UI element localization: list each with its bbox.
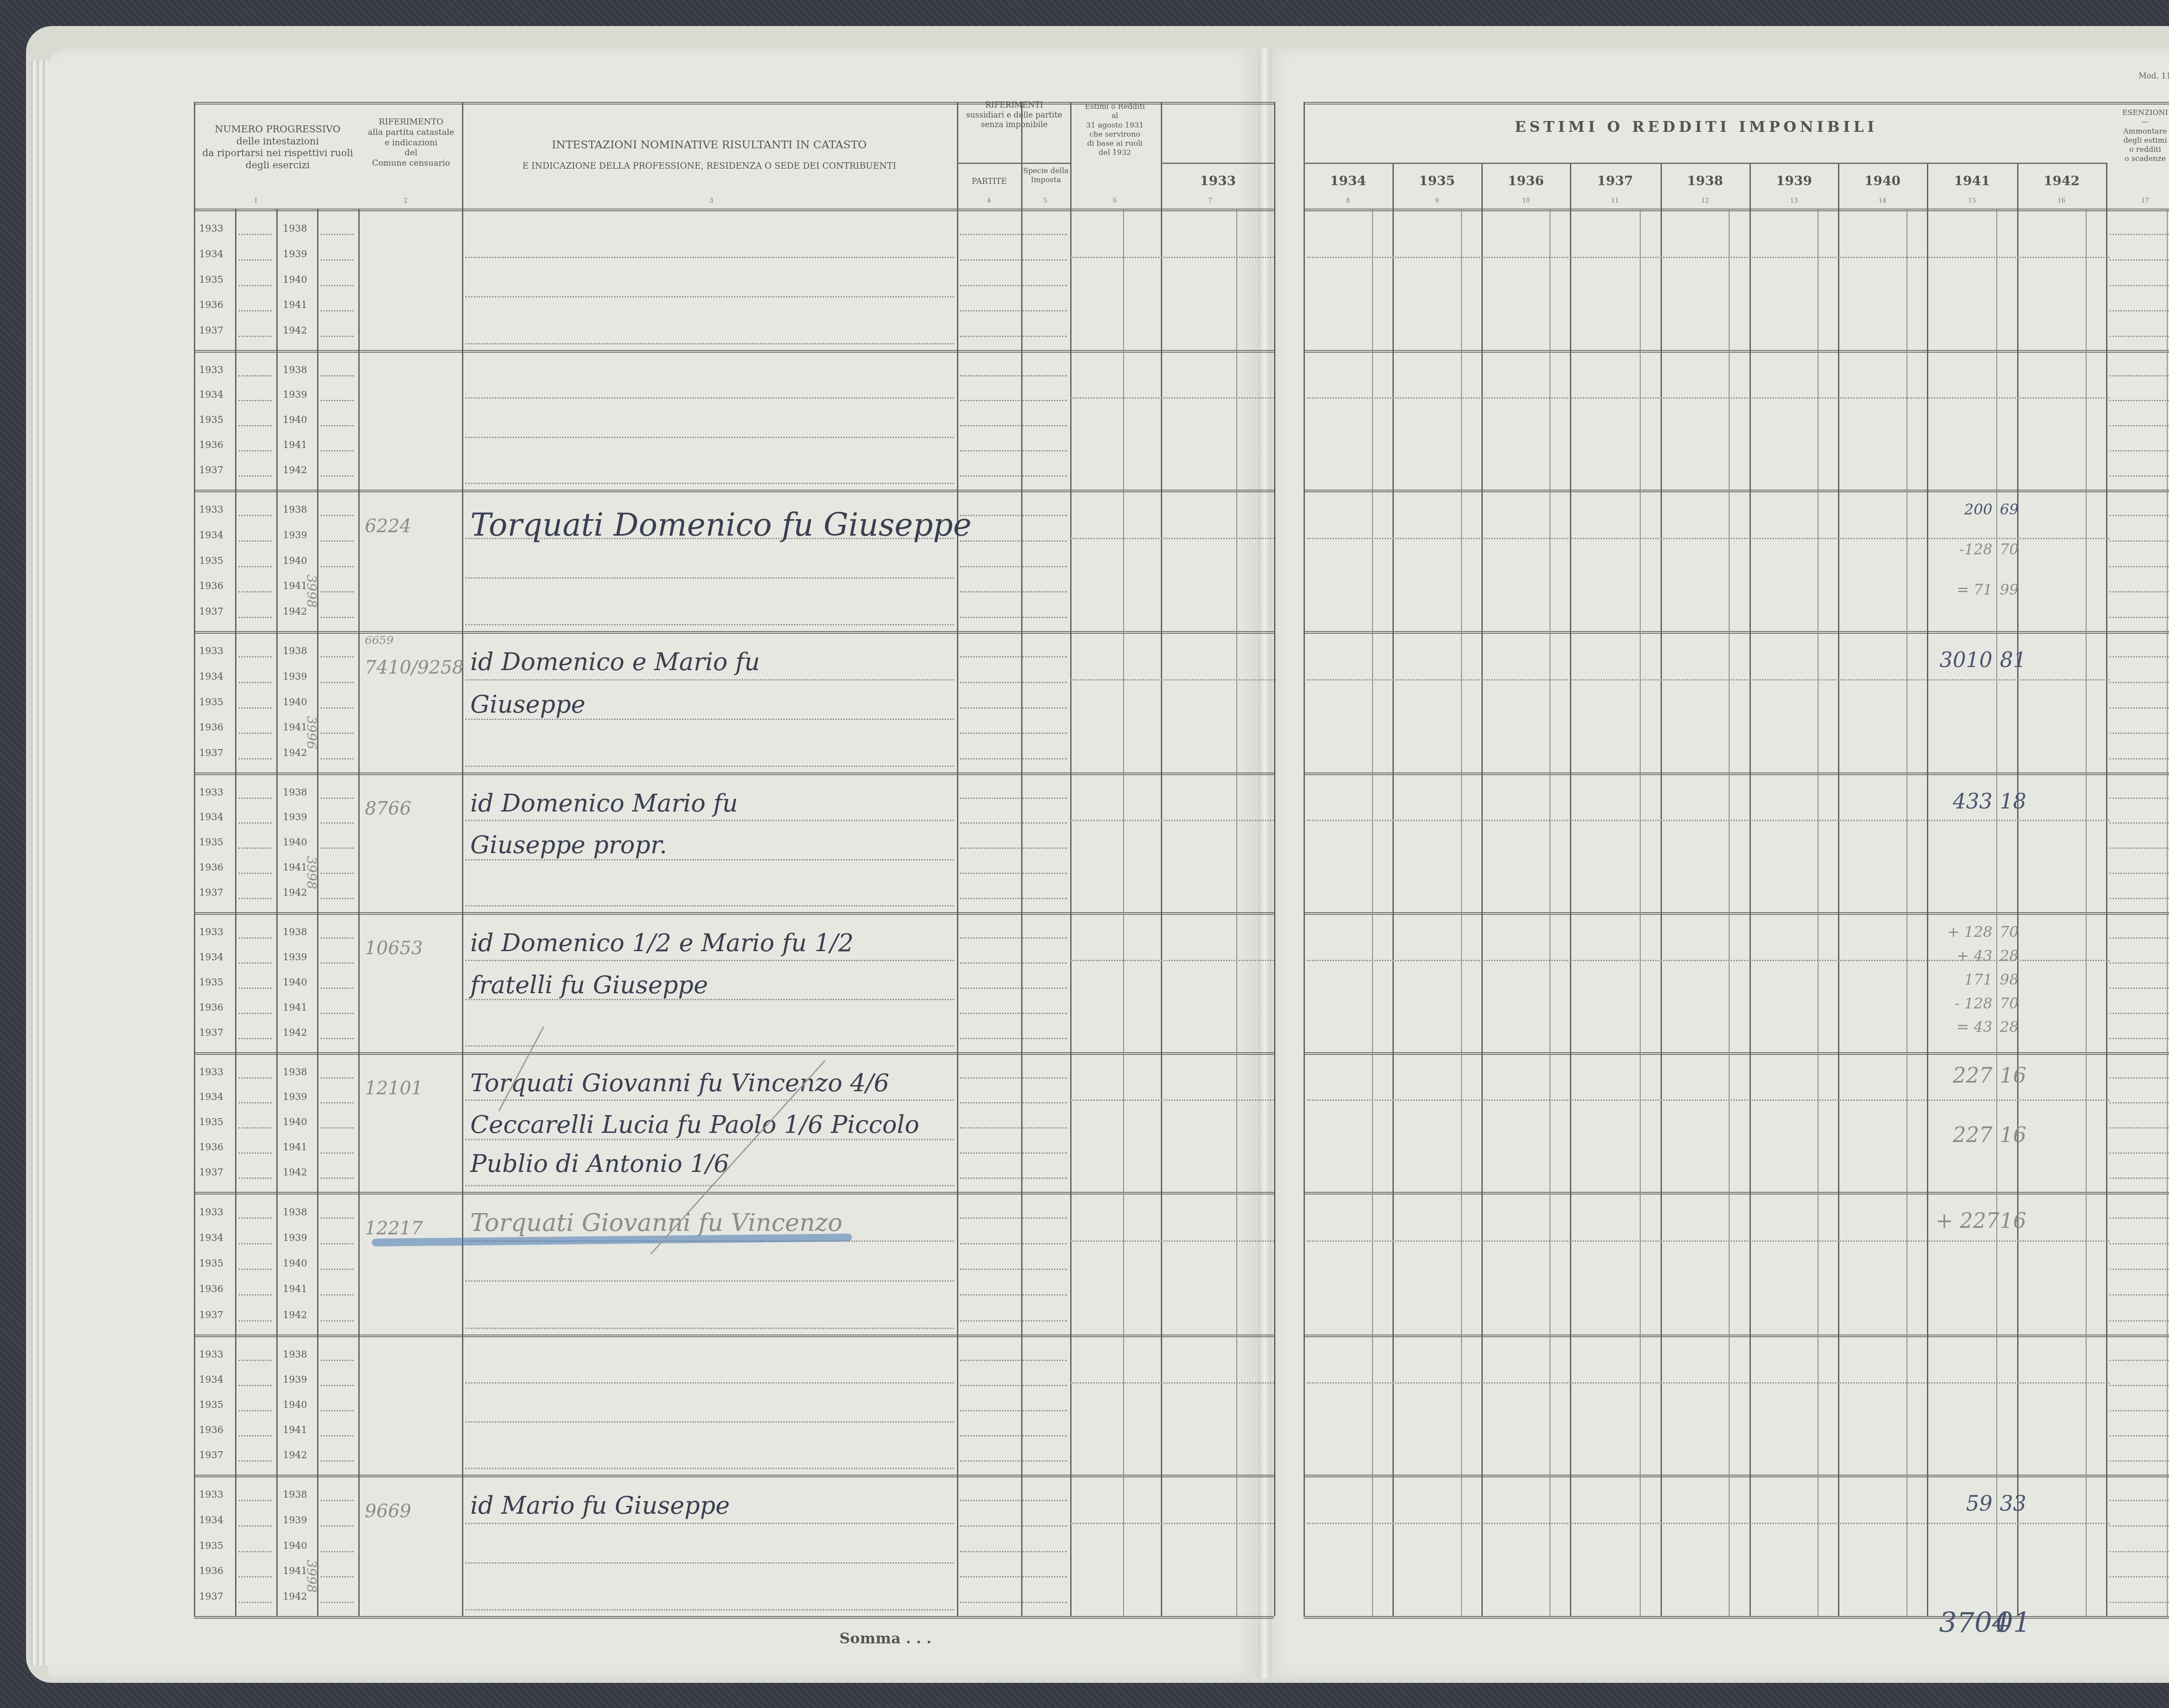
dotted-fill [1307,1099,2110,1101]
dotted-fill [239,1178,272,1179]
dotted-fill [465,1468,954,1469]
column-rule [1392,163,1394,1616]
year-label-left: 1935 [199,1117,223,1128]
block-rule [194,631,1274,634]
decimal-rule [1372,209,1373,1616]
year-label-right: 1942 [283,1450,307,1461]
dotted-fill [321,475,354,477]
side-number: 3998 [304,856,319,889]
table-top-rule [1304,102,2169,105]
dotted-fill [2110,259,2169,261]
column-rule [276,209,278,1616]
taxpayer-name-line2: fratelli fu Giuseppe [470,971,708,999]
dotted-fill [321,1013,354,1014]
dotted-fill [321,733,354,734]
dotted-fill [465,624,954,625]
income-1941-dec: 33 [2000,1492,2026,1516]
dotted-fill [239,310,272,311]
dotted-fill [960,1576,1067,1577]
dotted-fill [1070,1382,1274,1384]
dotted-fill [321,1551,354,1552]
col1-line1: delle intestazioni [195,136,360,148]
dotted-fill [960,1013,1067,1014]
income-1941-int: 171 [1936,971,1992,988]
dotted-fill [960,234,1067,235]
dotted-fill [960,1127,1067,1129]
year-label-right: 1938 [283,1349,307,1360]
taxpayer-name-line1: id Mario fu Giuseppe [470,1492,730,1520]
dotted-fill [321,540,354,542]
year-label-right: 1942 [283,465,307,476]
dotted-fill [239,937,272,939]
col6-line5: del 1932 [1071,148,1158,157]
col4-number: 4 [976,197,1002,204]
dotted-fill [321,847,354,849]
dotted-fill [960,425,1067,426]
dotted-fill [2110,566,2169,567]
dotted-fill [239,1360,272,1361]
dotted-fill [1070,397,1274,399]
dotted-fill [960,540,1067,542]
dotted-fill [2110,1500,2169,1501]
partita-ref: 6224 [365,515,411,537]
col2-line4: Comune censuario [360,158,462,169]
year-label-left: 1934 [199,389,223,400]
form-label: Mod. 111 - Imposte Dirette (Intercalare)… [2139,72,2169,81]
year-label-left: 1933 [199,223,223,234]
year-label-left: 1937 [199,1591,223,1602]
block-rule [1304,912,2169,915]
dotted-fill [1070,1099,1274,1101]
income-1941-int: 433 [1936,789,1992,814]
year-label-right: 1941 [283,300,307,311]
dotted-fill [239,515,272,516]
year-label-left: 1935 [199,1258,223,1269]
year-label-left: 1937 [199,748,223,759]
year-label-right: 1939 [283,671,307,682]
year-label-right: 1939 [283,389,307,400]
dotted-fill [321,1360,354,1361]
dotted-fill [239,425,272,426]
dotted-fill [239,682,272,683]
riferimenti-line1: sussidiari e delle partite [958,111,1071,121]
col7-number: 7 [1197,197,1223,204]
dotted-fill [465,296,954,298]
col3-number: 3 [698,197,724,204]
year-label-right: 1939 [283,1092,307,1103]
dotted-fill [239,1385,272,1386]
year-header-1936: 1936 [1481,173,1570,189]
income-1941-int: = 43 [1936,1018,1992,1036]
dotted-fill [2110,898,2169,899]
income-1941-int: 59 [1936,1492,1992,1516]
dotted-fill [465,257,954,258]
dotted-fill [321,1178,354,1179]
year-label-right: 1942 [283,325,307,336]
partita-ref: 12217 [365,1217,423,1239]
dotted-fill [321,988,354,989]
dotted-fill [960,1460,1067,1462]
year-label-left: 1936 [199,300,223,311]
dotted-fill [2110,733,2169,734]
year-label-left: 1935 [199,415,223,425]
dotted-fill [2110,1525,2169,1527]
year-label-left: 1934 [199,249,223,260]
year-rule [1161,163,1275,164]
col3-title: INTESTAZIONI NOMINATIVE RISULTANTI IN CA… [464,138,954,151]
year-label-left: 1933 [199,927,223,938]
column-rule [194,102,195,1616]
esenzioni-title: ESENZIONI [2106,108,2169,118]
dotted-fill [321,1410,354,1411]
dotted-fill [2110,822,2169,824]
dotted-fill [960,1385,1067,1386]
year-label-left: 1937 [199,887,223,898]
year-colnum-1941: 15 [1927,197,2017,204]
dotted-fill [465,483,954,484]
col2-line3: del [360,148,462,158]
dotted-fill [465,820,954,821]
year-label-right: 1939 [283,812,307,823]
partita-ref-previous: 6659 [365,634,393,647]
dotted-fill [1070,679,1274,681]
dotted-fill [2110,1410,2169,1411]
dotted-fill [239,450,272,452]
year-label-left: 1936 [199,1566,223,1577]
dotted-fill [960,566,1067,567]
dotted-fill [960,336,1067,337]
dotted-fill [960,1602,1067,1603]
dotted-fill [1307,538,2110,539]
year-label-right: 1940 [283,1541,307,1551]
col6-line1: al [1071,111,1158,121]
year-label-right: 1938 [283,504,307,515]
col5-number: 5 [1032,197,1058,204]
dotted-fill [239,1152,272,1154]
year-label-left: 1934 [199,812,223,823]
dotted-fill [239,656,272,658]
dotted-fill [239,1102,272,1103]
year-label-left: 1933 [199,1349,223,1360]
year-colnum-1939: 13 [1750,197,1838,204]
dotted-fill [465,1609,954,1610]
dotted-fill [321,425,354,426]
dotted-fill [239,758,272,759]
year-label-left: 1937 [199,1167,223,1178]
dotted-fill [2110,1178,2169,1179]
col2-line1: alla partita catastale [360,128,462,138]
dotted-fill [1307,257,2110,258]
dotted-fill [465,766,954,767]
dotted-fill [2110,515,2169,516]
dotted-fill [1070,820,1274,821]
col6-number: 6 [1102,197,1128,204]
dotted-fill [960,873,1067,874]
column-rule [1838,163,1839,1616]
taxpayer-name-line1: id Domenico Mario fu [470,789,738,818]
taxpayer-name-line1: id Domenico e Mario fu [470,648,760,676]
dotted-fill [321,1525,354,1527]
year-label-left: 1933 [199,1207,223,1218]
year-label-left: 1934 [199,1092,223,1103]
year-label-left: 1933 [199,1489,223,1500]
dotted-fill [960,1294,1067,1296]
column-rule [2017,163,2018,1616]
block-rule [194,1052,1274,1055]
dotted-fill [960,733,1067,734]
dotted-fill [239,540,272,542]
riferimenti-line2: senza imponibile [958,120,1071,130]
year-label-right: 1941 [283,1142,307,1153]
dotted-fill [2110,707,2169,709]
year-label-right: 1941 [283,440,307,451]
dotted-fill [239,375,272,376]
dotted-fill [960,1551,1067,1552]
col1-line2: da riportarsi nei rispettivi ruoli [195,147,360,160]
dotted-fill [2110,234,2169,235]
income-1941-dec: 99 [2000,581,2018,599]
year-label-right: 1941 [283,1002,307,1013]
dotted-fill [321,898,354,899]
year-header-rule [1304,163,2106,164]
dotted-fill [2110,375,2169,376]
year-label-left: 1934 [199,1515,223,1526]
year-label-right: 1938 [283,1207,307,1218]
dotted-fill [321,1576,354,1577]
dotted-fill [239,1217,272,1219]
year-label-right: 1938 [283,1067,307,1078]
col1-line3: degli esercizi [195,160,360,172]
dotted-fill [1070,1523,1274,1524]
dotted-fill [239,1077,272,1079]
year-label-right: 1939 [283,952,307,963]
dotted-fill [2110,1602,2169,1603]
dotted-fill [239,234,272,235]
column-rule [1161,102,1162,1616]
dotted-fill [239,1038,272,1039]
dotted-fill [321,1500,354,1501]
dotted-fill [960,937,1067,939]
partita-ref: 8766 [365,798,411,819]
dotted-fill [960,847,1067,849]
decimal-rule [1729,209,1730,1616]
dotted-fill [239,822,272,824]
year-colnum-1938: 12 [1661,197,1750,204]
dotted-fill [960,1178,1067,1179]
dotted-fill [465,679,954,681]
year-label-right: 1942 [283,606,307,617]
dotted-fill [1070,1240,1274,1242]
dotted-fill [2110,758,2169,759]
year-label-right: 1941 [283,1284,307,1295]
year-label-right: 1942 [283,1310,307,1321]
year-label-right: 1940 [283,977,307,988]
dotted-fill [465,1280,954,1282]
year-label-right: 1940 [283,1258,307,1269]
taxpayer-name-line1: Torquati Giovanni fu Vincenzo 4/6 [470,1069,889,1097]
dotted-fill [960,962,1067,964]
dotted-fill [239,1551,272,1552]
dotted-fill [239,1269,272,1270]
year-label-left: 1934 [199,530,223,541]
dotted-fill [960,988,1067,989]
year-colnum-1935: 9 [1392,197,1481,204]
dotted-fill [321,937,354,939]
dotted-fill [239,285,272,286]
dotted-fill [960,1410,1067,1411]
block-rule [194,209,1274,211]
income-1941-dec: 18 [2000,789,2026,814]
year-colnum-1936: 10 [1481,197,1570,204]
dotted-fill [465,1382,954,1384]
dotted-fill [321,707,354,709]
section-title: ESTIMI O REDDITI IMPONIBILI [1306,118,2087,137]
year-label-right: 1942 [283,748,307,759]
block-rule [1304,1052,2169,1055]
dotted-fill [2110,425,2169,426]
dotted-fill [321,336,354,337]
year-label-left: 1933 [199,365,223,376]
dotted-fill [960,707,1067,709]
income-1941-dec: 28 [2000,947,2018,965]
year-header-1935: 1935 [1392,173,1481,189]
dotted-fill [2110,1243,2169,1244]
col6-line3: che servirono [1071,130,1158,139]
block-rule [194,1616,1274,1619]
dotted-fill [239,873,272,874]
dotted-fill [1307,397,2110,399]
block-rule [194,1475,1274,1477]
block-rule [1304,631,2169,634]
dotted-fill [2110,1551,2169,1552]
year-label-right: 1939 [283,1233,307,1243]
block-rule [1304,209,2169,211]
income-1941-int: -128 [1936,541,1992,558]
block-rule [1304,350,2169,353]
year-label-left: 1935 [199,697,223,708]
decimal-rule [2167,209,2168,1616]
dotted-fill [960,1152,1067,1154]
dotted-fill [465,1562,954,1564]
dotted-fill [2110,1360,2169,1361]
dotted-fill [321,375,354,376]
dotted-fill [2110,310,2169,311]
col6-line2: 31 agosto 1931 [1071,121,1158,130]
dotted-fill [2110,962,2169,964]
dotted-fill [960,375,1067,376]
col6-title: Estimi o Redditi [1071,102,1158,111]
col1-header-text: NUMERO PROGRESSIVO delle intestazioni da… [195,124,360,171]
col3-subtitle: E INDICAZIONE DELLA PROFESSIONE, RESIDEN… [464,160,954,171]
income-1941-dec: 98 [2000,971,2018,988]
dotted-fill [321,1077,354,1079]
dotted-fill [960,1435,1067,1436]
esenzioni-line1: Ammontare [2106,127,2169,136]
dotted-fill [960,758,1067,759]
year-label-left: 1935 [199,1400,223,1410]
dotted-fill [2110,1460,2169,1462]
column-rule [1481,163,1483,1616]
dotted-fill [960,1269,1067,1270]
year-label-left: 1935 [199,556,223,566]
year-colnum-1940: 14 [1838,197,1927,204]
riferimenti-rule [957,163,1071,164]
dotted-fill [321,1460,354,1462]
year-label-left: 1935 [199,977,223,988]
year-label-left: 1937 [199,325,223,336]
income-1941-int: + 227 [1936,1209,1992,1233]
dotted-fill [239,1294,272,1296]
income-1941-int: + 43 [1936,947,1992,965]
block-rule [194,490,1274,492]
dotted-fill [239,1525,272,1527]
dotted-fill [465,960,954,961]
year-header-1938: 1938 [1661,173,1750,189]
dotted-fill [2110,400,2169,401]
col2-line2: e indicazioni [360,138,462,148]
year-label-right: 1940 [283,556,307,566]
year-label-left: 1935 [199,837,223,848]
dotted-fill [465,343,954,344]
dotted-fill [465,905,954,906]
dotted-fill [239,1602,272,1603]
dotted-fill [960,259,1067,261]
dotted-fill [2110,591,2169,592]
riferimenti-header: RIFERIMENTI sussidiari e delle partite s… [958,101,1071,130]
dotted-fill [2110,873,2169,874]
dotted-fill [2110,847,2169,849]
income-1941-dec: 16 [2000,1123,2026,1147]
dotted-fill [960,1077,1067,1079]
esenzioni-number: 17 [2132,197,2158,204]
year-label-right: 1940 [283,415,307,425]
block-rule [194,350,1274,353]
year-label-right: 1938 [283,1489,307,1500]
year-label-right: 1941 [283,1425,307,1436]
year-label-left: 1933 [199,646,223,657]
dotted-fill [2110,1576,2169,1577]
dotted-fill [239,400,272,401]
col2-title: RIFERIMENTO [360,117,462,128]
dotted-fill [1307,820,2110,821]
dotted-fill [960,1500,1067,1501]
dotted-fill [2110,1152,2169,1154]
col4-title: PARTITE [958,177,1021,187]
dotted-fill [321,758,354,759]
dotted-fill [2110,1127,2169,1129]
dotted-fill [239,847,272,849]
year-label-right: 1938 [283,365,307,376]
dotted-fill [465,1045,954,1047]
somma-label: Somma . . . [839,1630,931,1647]
year-label-right: 1940 [283,697,307,708]
side-number: 3998 [304,1560,319,1593]
year-label-left: 1937 [199,1310,223,1321]
column-rule [1274,102,1275,1616]
dotted-fill [239,962,272,964]
esenzioni-line3: o redditi [2106,145,2169,154]
dotted-fill [239,617,272,618]
column-rule [1070,102,1071,1616]
year-label-left: 1933 [199,787,223,798]
dotted-fill [2110,798,2169,799]
dotted-fill [321,1320,354,1322]
dotted-fill [2110,475,2169,477]
dotted-fill [960,285,1067,286]
block-rule [1304,1475,2169,1477]
dotted-fill [321,285,354,286]
year-header-1934: 1934 [1304,173,1392,189]
